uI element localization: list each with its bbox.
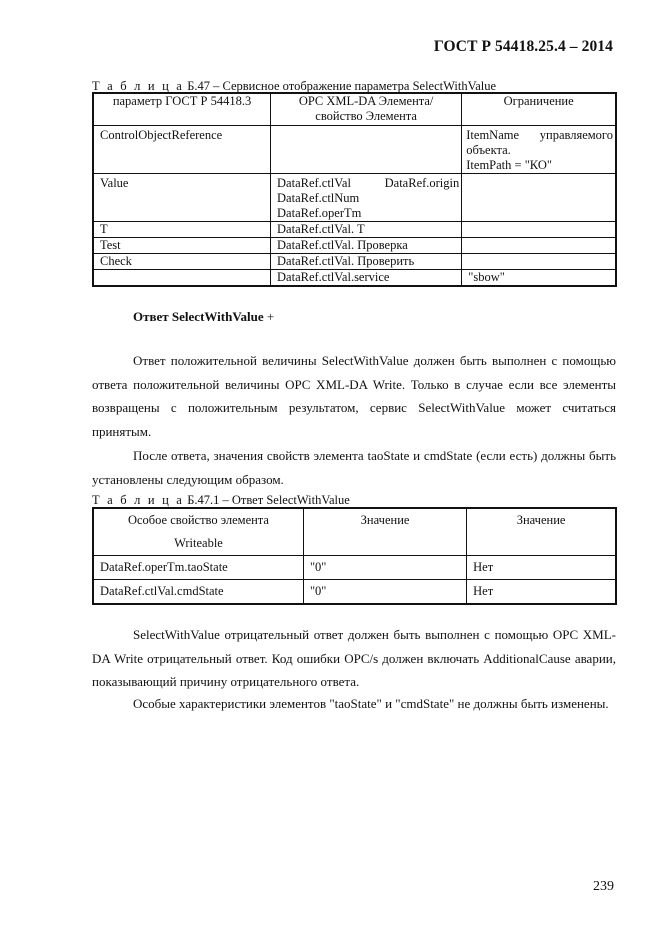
table-cell: ControlObjectReference [93, 125, 271, 173]
header-line: Writeable [100, 532, 297, 555]
table-row: DataRef.operTm.taoState "0" Нет [93, 556, 616, 580]
table-cell: "0" [303, 580, 466, 605]
table1-caption-text: Б.47 – Сервисное отображение параметра S… [184, 79, 496, 93]
cell-line: ItemPath = "КО" [466, 158, 613, 173]
paragraph: Ответ положительной величины SelectWithV… [92, 349, 616, 443]
section-heading-bold: Ответ SelectWithValue [133, 309, 264, 324]
cell-line: ItemName управляемого [466, 128, 613, 143]
table-service-mapping: параметр ГОСТ Р 54418.3 OPC XML-DA Элеме… [92, 92, 617, 287]
table-row: DataRef.ctlVal.service "sbow" [93, 269, 616, 286]
cell-line: объекта. [466, 143, 613, 158]
paragraph: После ответа, значения свойств элемента … [92, 444, 616, 491]
header-cell: параметр ГОСТ Р 54418.3 [93, 93, 271, 125]
header-line: Особое свойство элемента [100, 509, 297, 532]
cell-line: DataRef.ctlNum [277, 191, 459, 206]
table-cell [462, 221, 616, 237]
table-cell: DataRef.ctlVal.cmdState [93, 580, 303, 605]
table-cell: DataRef.ctlVal. T [271, 221, 462, 237]
section-heading: Ответ SelectWithValue + [92, 305, 616, 329]
table-row: Value DataRef.ctlVal DataRef.origin Data… [93, 173, 616, 221]
table-cell: Test [93, 237, 271, 253]
paragraph: Особые характеристики элементов "taoStat… [92, 692, 616, 716]
header-cell: Ограничение [462, 93, 616, 125]
table-cell: DataRef.ctlVal. Проверка [271, 237, 462, 253]
table-cell [462, 253, 616, 269]
page-number: 239 [593, 879, 614, 895]
table-cell: DataRef.ctlVal.service [271, 269, 462, 286]
cell-line: DataRef.ctlVal DataRef.origin [277, 176, 459, 191]
header-cell: OPC XML-DA Элемента/свойство Элемента [271, 93, 462, 125]
table-header-row: параметр ГОСТ Р 54418.3 OPC XML-DA Элеме… [93, 93, 616, 125]
table-cell [93, 269, 271, 286]
header-line: OPC XML-DA Элемента/ [277, 94, 455, 109]
table1-caption-prefix: Т а б л и ц а [92, 79, 184, 93]
table2-caption-prefix: Т а б л и ц а [92, 493, 184, 507]
table-row: DataRef.ctlVal.cmdState "0" Нет [93, 580, 616, 605]
table-cell: Нет [467, 556, 616, 580]
table-row: Check DataRef.ctlVal. Проверить [93, 253, 616, 269]
section-heading-suffix: + [264, 309, 275, 324]
header-line: свойство Элемента [277, 109, 455, 124]
table-cell: ItemName управляемого объекта. ItemPath … [462, 125, 616, 173]
table-cell: DataRef.operTm.taoState [93, 556, 303, 580]
header-cell: Особое свойство элементаWriteable [93, 508, 303, 556]
paragraph: SelectWithValue отрицательный ответ долж… [92, 623, 616, 694]
table-cell: T [93, 221, 271, 237]
table-cell: "0" [303, 556, 466, 580]
table-row: T DataRef.ctlVal. T [93, 221, 616, 237]
table-cell: "sbow" [462, 269, 616, 286]
table-cell [271, 125, 462, 173]
table-cell: Check [93, 253, 271, 269]
table-cell: DataRef.ctlVal DataRef.origin DataRef.ct… [271, 173, 462, 221]
table-header-row: Особое свойство элементаWriteable Значен… [93, 508, 616, 556]
header-cell: Значение [303, 508, 466, 556]
table2-caption: Т а б л и ц а Б.47.1 – Ответ SelectWithV… [92, 493, 350, 507]
table-cell [462, 237, 616, 253]
table2-caption-text: Б.47.1 – Ответ SelectWithValue [184, 493, 350, 507]
table-cell: Нет [467, 580, 616, 605]
document-header: ГОСТ Р 54418.25.4 – 2014 [434, 38, 613, 56]
table-cell: DataRef.ctlVal. Проверить [271, 253, 462, 269]
table-row: Test DataRef.ctlVal. Проверка [93, 237, 616, 253]
table-cell: Value [93, 173, 271, 221]
table1-caption: Т а б л и ц а Б.47 – Сервисное отображен… [92, 79, 496, 93]
table-response: Особое свойство элементаWriteable Значен… [92, 507, 617, 605]
table-row: ControlObjectReference ItemName управляе… [93, 125, 616, 173]
header-cell: Значение [467, 508, 616, 556]
table-cell [462, 173, 616, 221]
cell-line: DataRef.operTm [277, 206, 459, 221]
